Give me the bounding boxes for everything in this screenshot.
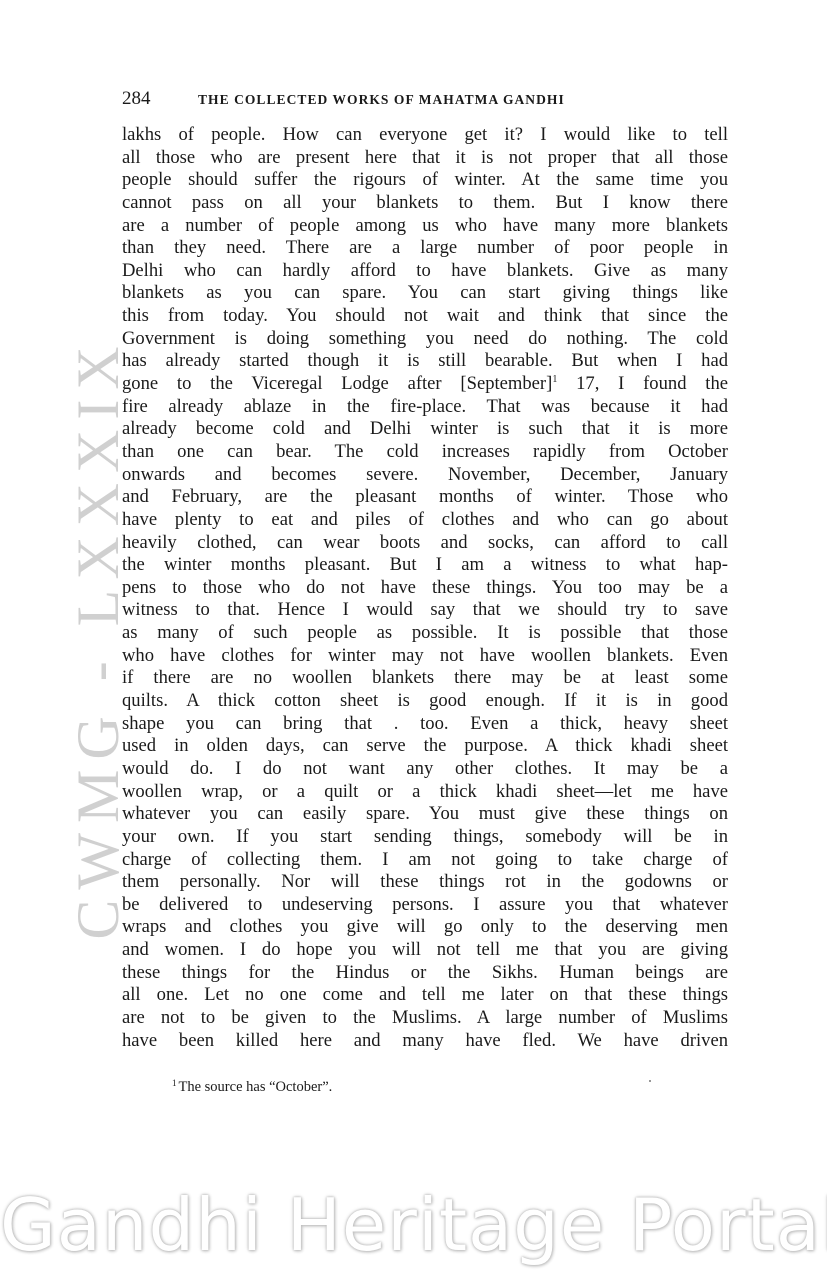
text-line: than they need. There are a large number… xyxy=(122,237,728,260)
text-line: your own. If you start sending things, s… xyxy=(122,826,728,849)
text-line: them personally. Nor will these things r… xyxy=(122,871,728,894)
text-line: heavily clothed, can wear boots and sock… xyxy=(122,532,728,555)
running-header: 284 THE COLLECTED WORKS OF MAHATMA GANDH… xyxy=(122,88,727,110)
text-line: has already started though it is still b… xyxy=(122,350,728,373)
text-line: fire already ablaze in the fire-place. T… xyxy=(122,396,728,419)
text-line: used in olden days, can serve the purpos… xyxy=(122,735,728,758)
text-line: lakhs of people. How can everyone get it… xyxy=(122,124,728,147)
text-line: whatever you can easily spare. You must … xyxy=(122,803,728,826)
bottom-watermark: Gandhi Heritage Portal xyxy=(0,1180,827,1270)
text-line: the winter months pleasant. But I am a w… xyxy=(122,554,728,577)
text-line-with-footnote: gone to the Viceregal Lodge after [Septe… xyxy=(122,373,728,396)
text-line: woollen wrap, or a quilt or a thick khad… xyxy=(122,781,728,804)
text-line: and women. I do hope you will not tell m… xyxy=(122,939,728,962)
text-line: onwards and becomes severe. November, De… xyxy=(122,464,728,487)
text-line: are not to be given to the Muslims. A la… xyxy=(122,1007,728,1030)
text-segment: gone to the Viceregal Lodge after [Septe… xyxy=(122,373,552,394)
text-line: all those who are present here that it i… xyxy=(122,147,728,170)
text-line: people should suffer the rigours of wint… xyxy=(122,169,728,192)
text-line: all one. Let no one come and tell me lat… xyxy=(122,984,728,1007)
text-line: these things for the Hindus or the Sikhs… xyxy=(122,962,728,985)
footnote-marker: 1 xyxy=(172,1078,177,1088)
footnote: 1The source has “October”. xyxy=(172,1077,332,1097)
text-line: as many of such people as possible. It i… xyxy=(122,622,728,645)
text-line: shape you can bring that . too. Even a t… xyxy=(122,713,728,736)
text-line: blankets as you can spare. You can start… xyxy=(122,282,728,305)
side-watermark: CWMG - LXXXIX xyxy=(72,238,124,1038)
text-line: witness to that. Hence I would say that … xyxy=(122,599,728,622)
book-page: CWMG - LXXXIX 284 THE COLLECTED WORKS OF… xyxy=(0,0,827,1272)
body-text: lakhs of people. How can everyone get it… xyxy=(122,124,728,1052)
text-line: quilts. A thick cotton sheet is good eno… xyxy=(122,690,728,713)
text-line: be delivered to undeserving persons. I a… xyxy=(122,894,728,917)
page-number: 284 xyxy=(122,88,151,110)
scan-speck xyxy=(649,1080,651,1082)
text-line: wraps and clothes you give will go only … xyxy=(122,916,728,939)
side-watermark-text: CWMG - LXXXIX xyxy=(68,336,128,939)
running-title: THE COLLECTED WORKS OF MAHATMA GANDHI xyxy=(198,91,727,109)
text-line: already become cold and Delhi winter is … xyxy=(122,418,728,441)
text-segment: 17, I found the xyxy=(557,373,728,394)
text-line: pens to those who do not have these thin… xyxy=(122,577,728,600)
footnote-text: The source has “October”. xyxy=(179,1079,333,1095)
text-line: are a number of people among us who have… xyxy=(122,215,728,238)
text-line: if there are no woollen blankets there m… xyxy=(122,667,728,690)
text-line: charge of collecting them. I am not goin… xyxy=(122,849,728,872)
text-line: and February, are the pleasant months of… xyxy=(122,486,728,509)
text-line: Government is doing something you need d… xyxy=(122,328,728,351)
text-line: this from today. You should not wait and… xyxy=(122,305,728,328)
text-line: have plenty to eat and piles of clothes … xyxy=(122,509,728,532)
text-line: would do. I do not want any other clothe… xyxy=(122,758,728,781)
text-line: than one can bear. The cold increases ra… xyxy=(122,441,728,464)
text-line: who have clothes for winter may not have… xyxy=(122,645,728,668)
text-line: Delhi who can hardly afford to have blan… xyxy=(122,260,728,283)
text-line: cannot pass on all your blankets to them… xyxy=(122,192,728,215)
text-line: have been killed here and many have fled… xyxy=(122,1030,728,1053)
